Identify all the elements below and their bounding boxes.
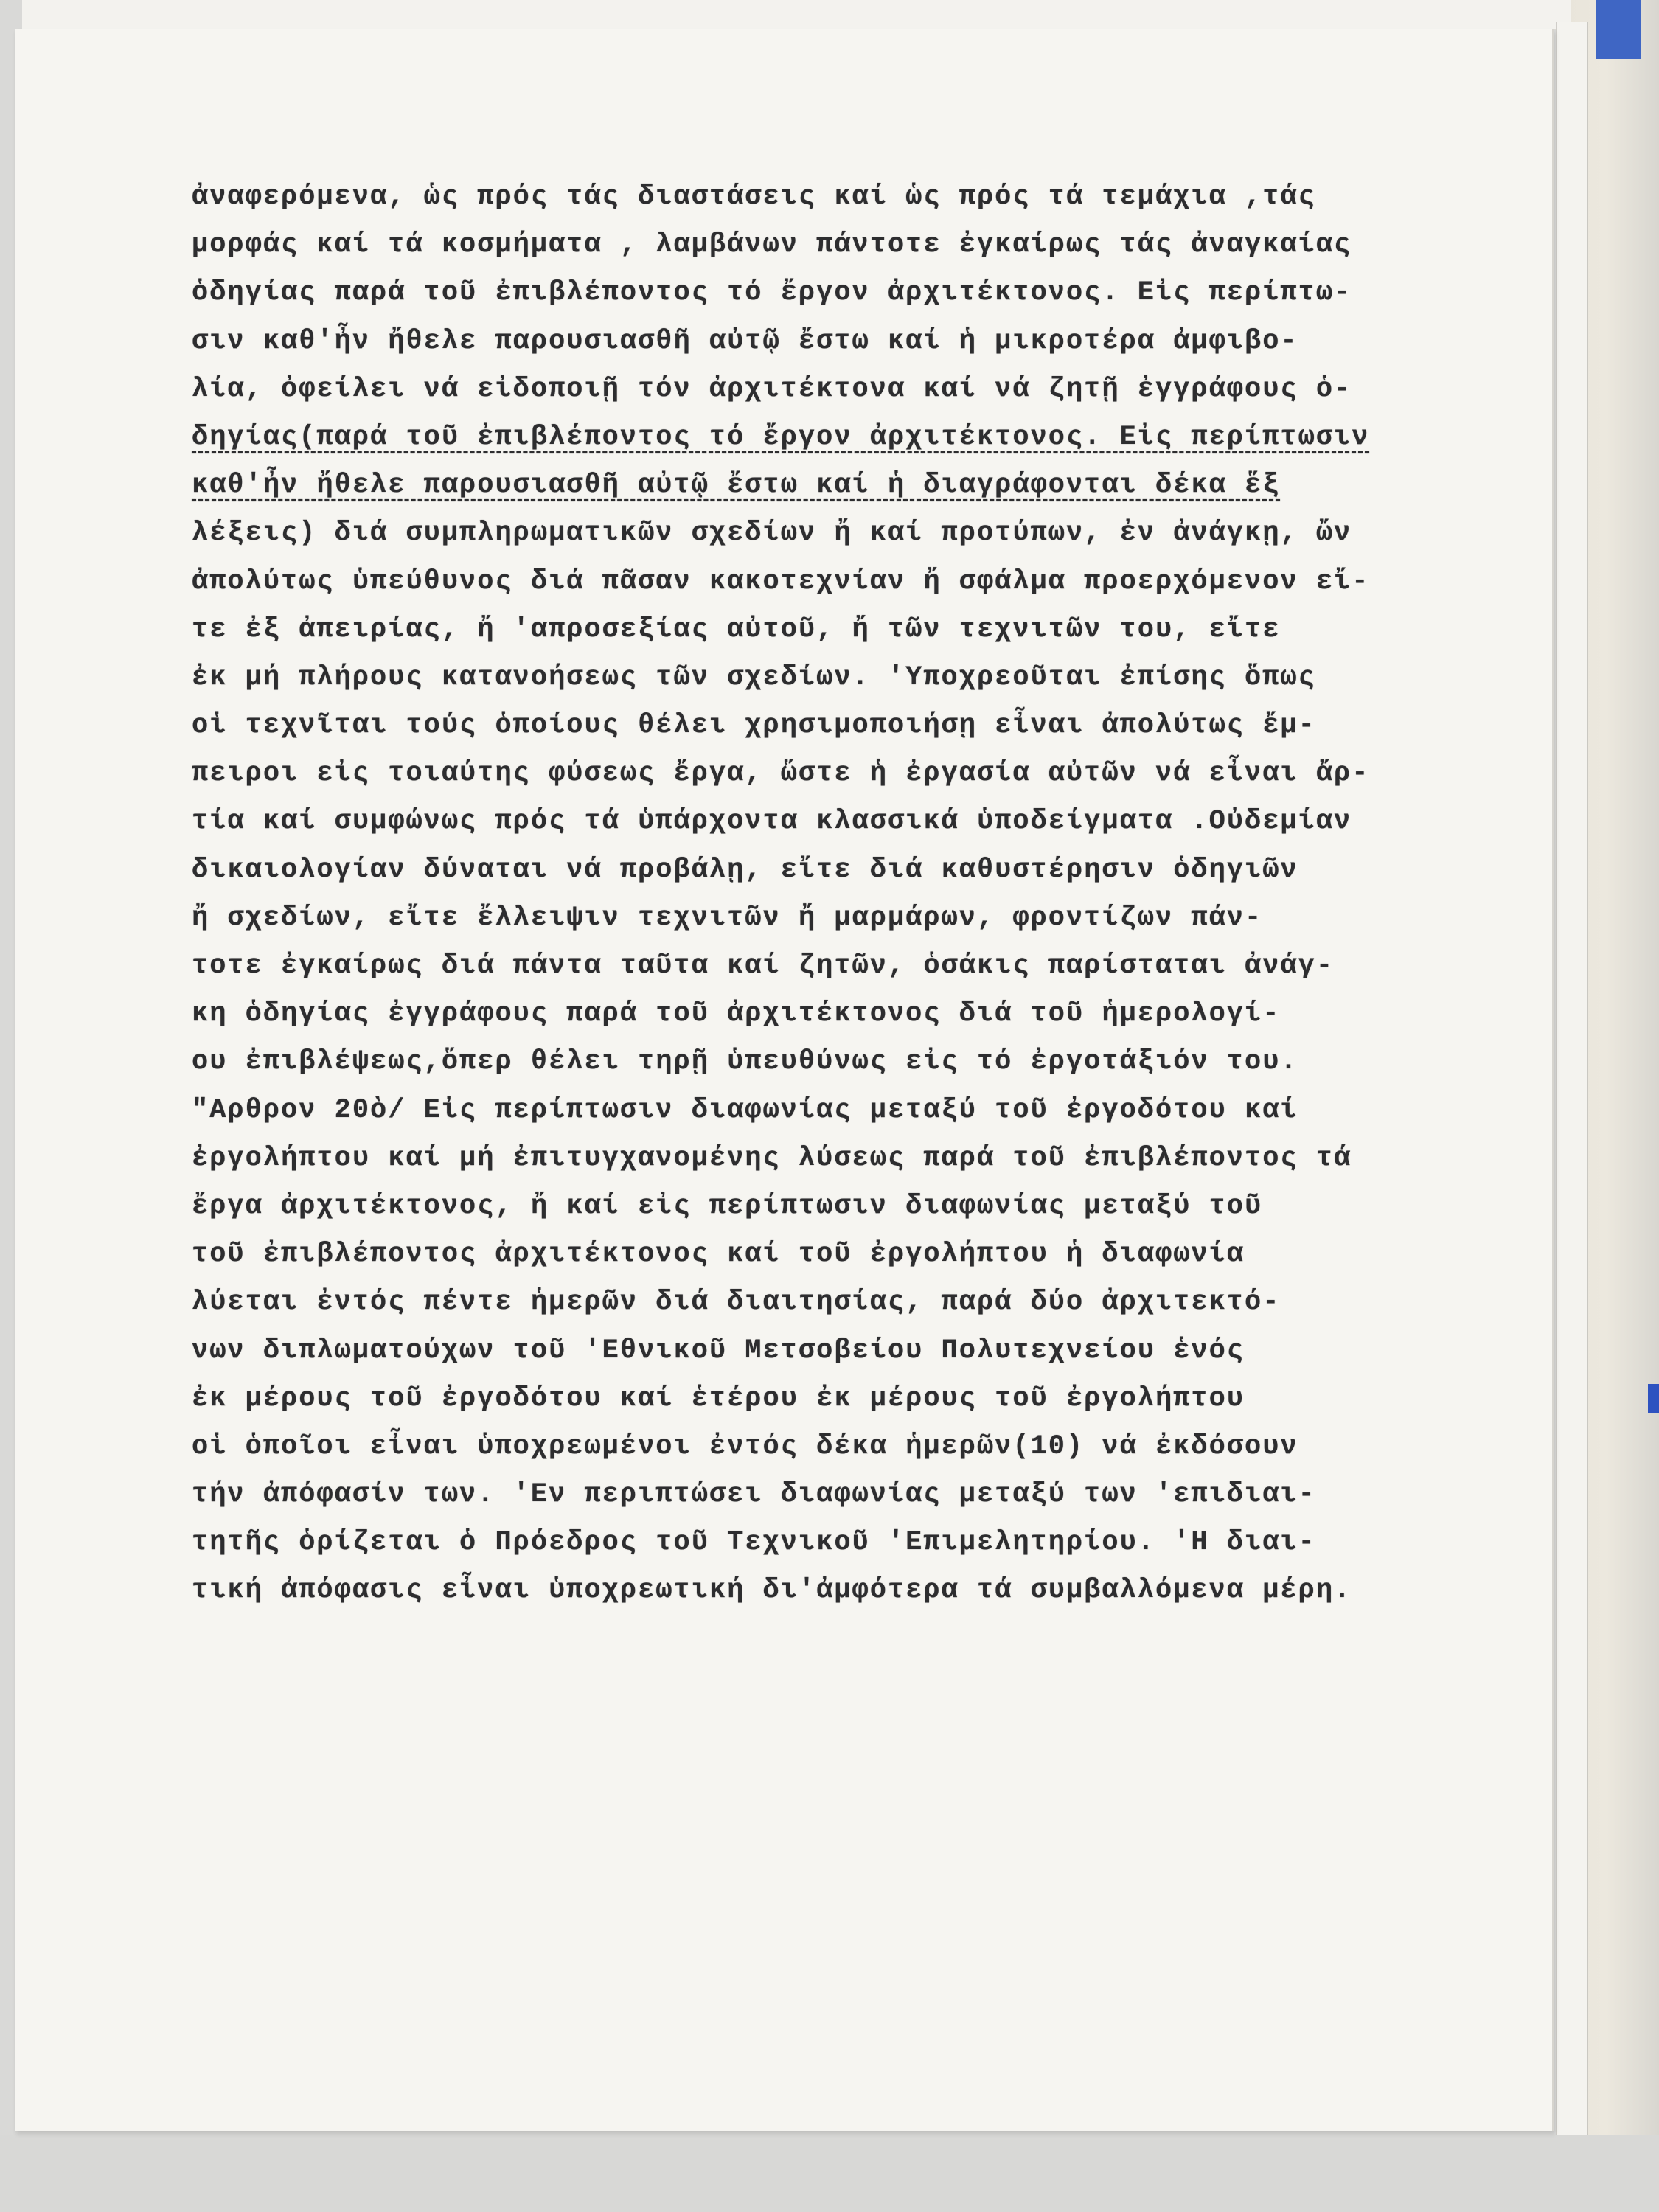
article-heading-line: "Αρθρον 20ὸ/ Εἰς περίπτωσιν διαφωνίας με…: [192, 1087, 1445, 1135]
text-line: νων διπλωματούχων τοῦ 'Εθνικοῦ Μετσοβείο…: [192, 1327, 1445, 1375]
text-line: ἐκ μή πλήρους κατανοήσεως τῶν σχεδίων. '…: [192, 654, 1445, 702]
text-line-underlined: καθ'ἦν ἤθελε παρουσιασθῆ αὐτῷ ἔστω καί ἡ…: [192, 462, 1445, 509]
text-line: τία καί συμφώνως πρός τά ὑπάρχοντα κλασσ…: [192, 798, 1445, 846]
text-line: λύεται ἐντός πέντε ἡμερῶν διά διαιτησίας…: [192, 1279, 1445, 1326]
text-line-underlined: δηγίας(παρά τοῦ ἐπιβλέποντος τό ἔργον ἀρ…: [192, 414, 1445, 462]
text-line: μορφάς καί τά κοσμήματα , λαμβάνων πάντο…: [192, 221, 1445, 269]
text-line: ἐκ μέρους τοῦ ἐργοδότου καί ἑτέρου ἐκ μέ…: [192, 1375, 1445, 1423]
underlined-text: δηγίας(παρά τοῦ ἐπιβλέποντος τό ἔργον ἀρ…: [192, 422, 1369, 453]
text-line: ἐργολήπτου καί μή ἐπιτυγχανομένης λύσεως…: [192, 1135, 1445, 1183]
underlined-text: καθ'ἦν ἤθελε παρουσιασθῆ αὐτῷ ἔστω καί ἡ…: [192, 470, 1280, 501]
text-line: τική ἀπόφασις εἶναι ὑποχρεωτική δι'ἀμφότ…: [192, 1567, 1445, 1615]
blue-folder-tab: [1596, 0, 1641, 59]
text-line: πειροι εἰς τοιαύτης φύσεως ἔργα, ὥστε ἡ …: [192, 750, 1445, 798]
document-page: ἀναφερόμενα, ὡς πρός τάς διαστάσεις καί …: [15, 29, 1554, 2131]
table-surface: [0, 2135, 1659, 2212]
text-line: οἱ τεχνῖται τούς ὁποίους θέλει χρησιμοπο…: [192, 702, 1445, 750]
text-line: τητῆς ὁρίζεται ὁ Πρόεδρος τοῦ Τεχνικοῦ '…: [192, 1519, 1445, 1567]
stacked-sheet-edge: [1556, 22, 1588, 2190]
text-line: ἔργα ἀρχιτέκτονος, ἤ καί εἰς περίπτωσιν …: [192, 1183, 1445, 1231]
text-line: λέξεις) διά συμπληρωματικῶν σχεδίων ἤ κα…: [192, 509, 1445, 557]
text-line: λία, ὀφείλει νά εἰδοποιῇ τόν ἀρχιτέκτονα…: [192, 366, 1445, 414]
text-line: τοτε ἐγκαίρως διά πάντα ταῦτα καί ζητῶν,…: [192, 942, 1445, 990]
text-line: τε ἐξ ἀπειρίας, ἤ 'απροσεξίας αὐτοῦ, ἤ τ…: [192, 606, 1445, 654]
text-line: οἱ ὁποῖοι εἶναι ὑποχρεωμένοι ἐντός δέκα …: [192, 1423, 1445, 1471]
text-line: τήν ἀπόφασίν των. 'Εν περιπτώσει διαφωνί…: [192, 1471, 1445, 1519]
text-line: ἀναφερόμενα, ὡς πρός τάς διαστάσεις καί …: [192, 173, 1445, 221]
text-line: δικαιολογίαν δύναται νά προβάλῃ, εἴτε δι…: [192, 846, 1445, 894]
blue-folder-tab-lower: [1648, 1384, 1659, 1413]
text-line: τοῦ ἐπιβλέποντος ἀρχιτέκτονος καί τοῦ ἐρ…: [192, 1231, 1445, 1279]
text-line: σιν καθ'ἦν ἤθελε παρουσιασθῆ αὐτῷ ἔστω κ…: [192, 318, 1445, 366]
text-line: ἤ σχεδίων, εἴτε ἔλλειψιν τεχνιτῶν ἤ μαρμ…: [192, 894, 1445, 942]
text-line: ου ἐπιβλέψεως,ὅπερ θέλει τηρῇ ὑπευθύνως …: [192, 1038, 1445, 1086]
text-line: ὁδηγίας παρά τοῦ ἐπιβλέποντος τό ἔργον ἀ…: [192, 269, 1445, 317]
text-line: ἀπολύτως ὑπεύθυνος διά πᾶσαν κακοτεχνίαν…: [192, 558, 1445, 606]
typewritten-text-body: ἀναφερόμενα, ὡς πρός τάς διαστάσεις καί …: [192, 173, 1445, 1615]
background-sheet: [22, 0, 1578, 30]
text-line: κη ὁδηγίας ἐγγράφους παρά τοῦ ἀρχιτέκτον…: [192, 990, 1445, 1038]
